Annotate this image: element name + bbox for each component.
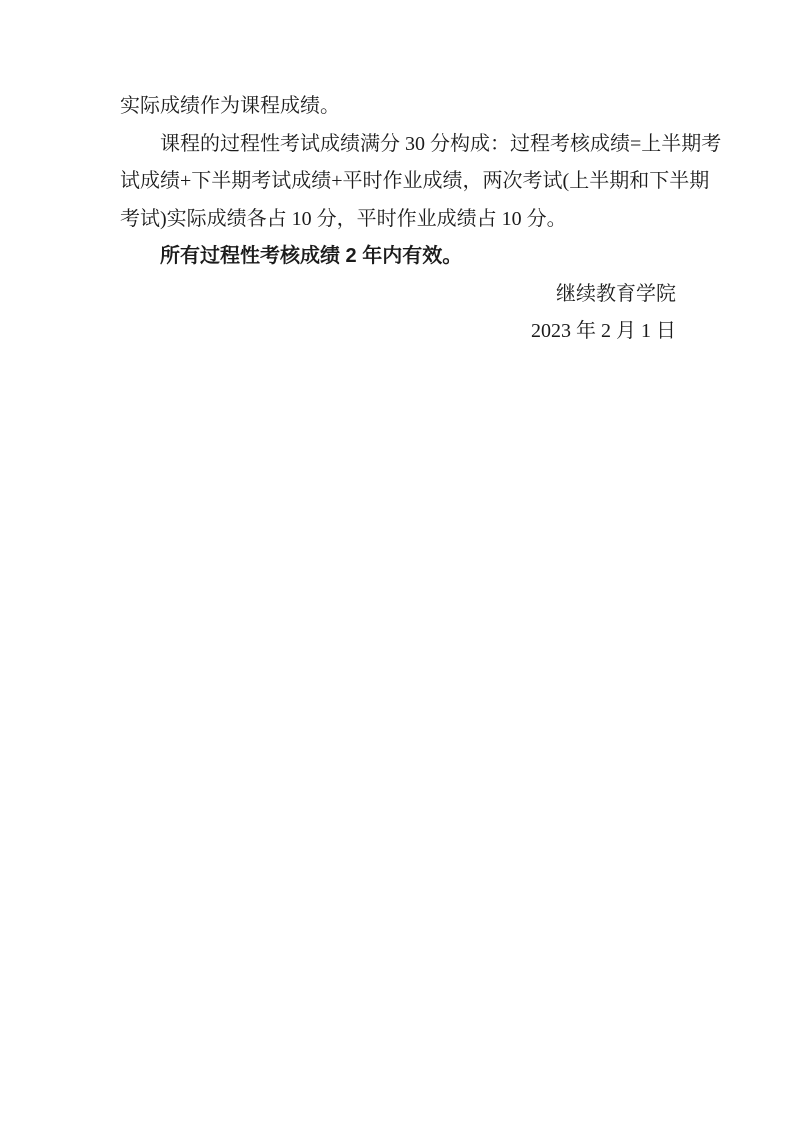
paragraph-continuation-line-1: 实际成绩作为课程成绩。 [120,88,676,126]
paragraph-exam-composition-line-3: 考试)实际成绩各占 10 分，平时作业成绩占 10 分。 [120,201,676,239]
document-body: 实际成绩作为课程成绩。 课程的过程性考试成绩满分 30 分构成：过程考核成绩=上… [120,88,676,351]
signature-department: 继续教育学院 [120,276,676,314]
paragraph-exam-composition-line-1: 课程的过程性考试成绩满分 30 分构成：过程考核成绩=上半期考 [120,126,676,164]
document-page: 实际成绩作为课程成绩。 课程的过程性考试成绩满分 30 分构成：过程考核成绩=上… [0,0,793,1122]
signature-date: 2023 年 2 月 1 日 [120,313,676,351]
paragraph-validity-statement: 所有过程性考核成绩 2 年内有效。 [120,238,676,276]
paragraph-exam-composition-line-2: 试成绩+下半期考试成绩+平时作业成绩，两次考试(上半期和下半期 [120,163,676,201]
